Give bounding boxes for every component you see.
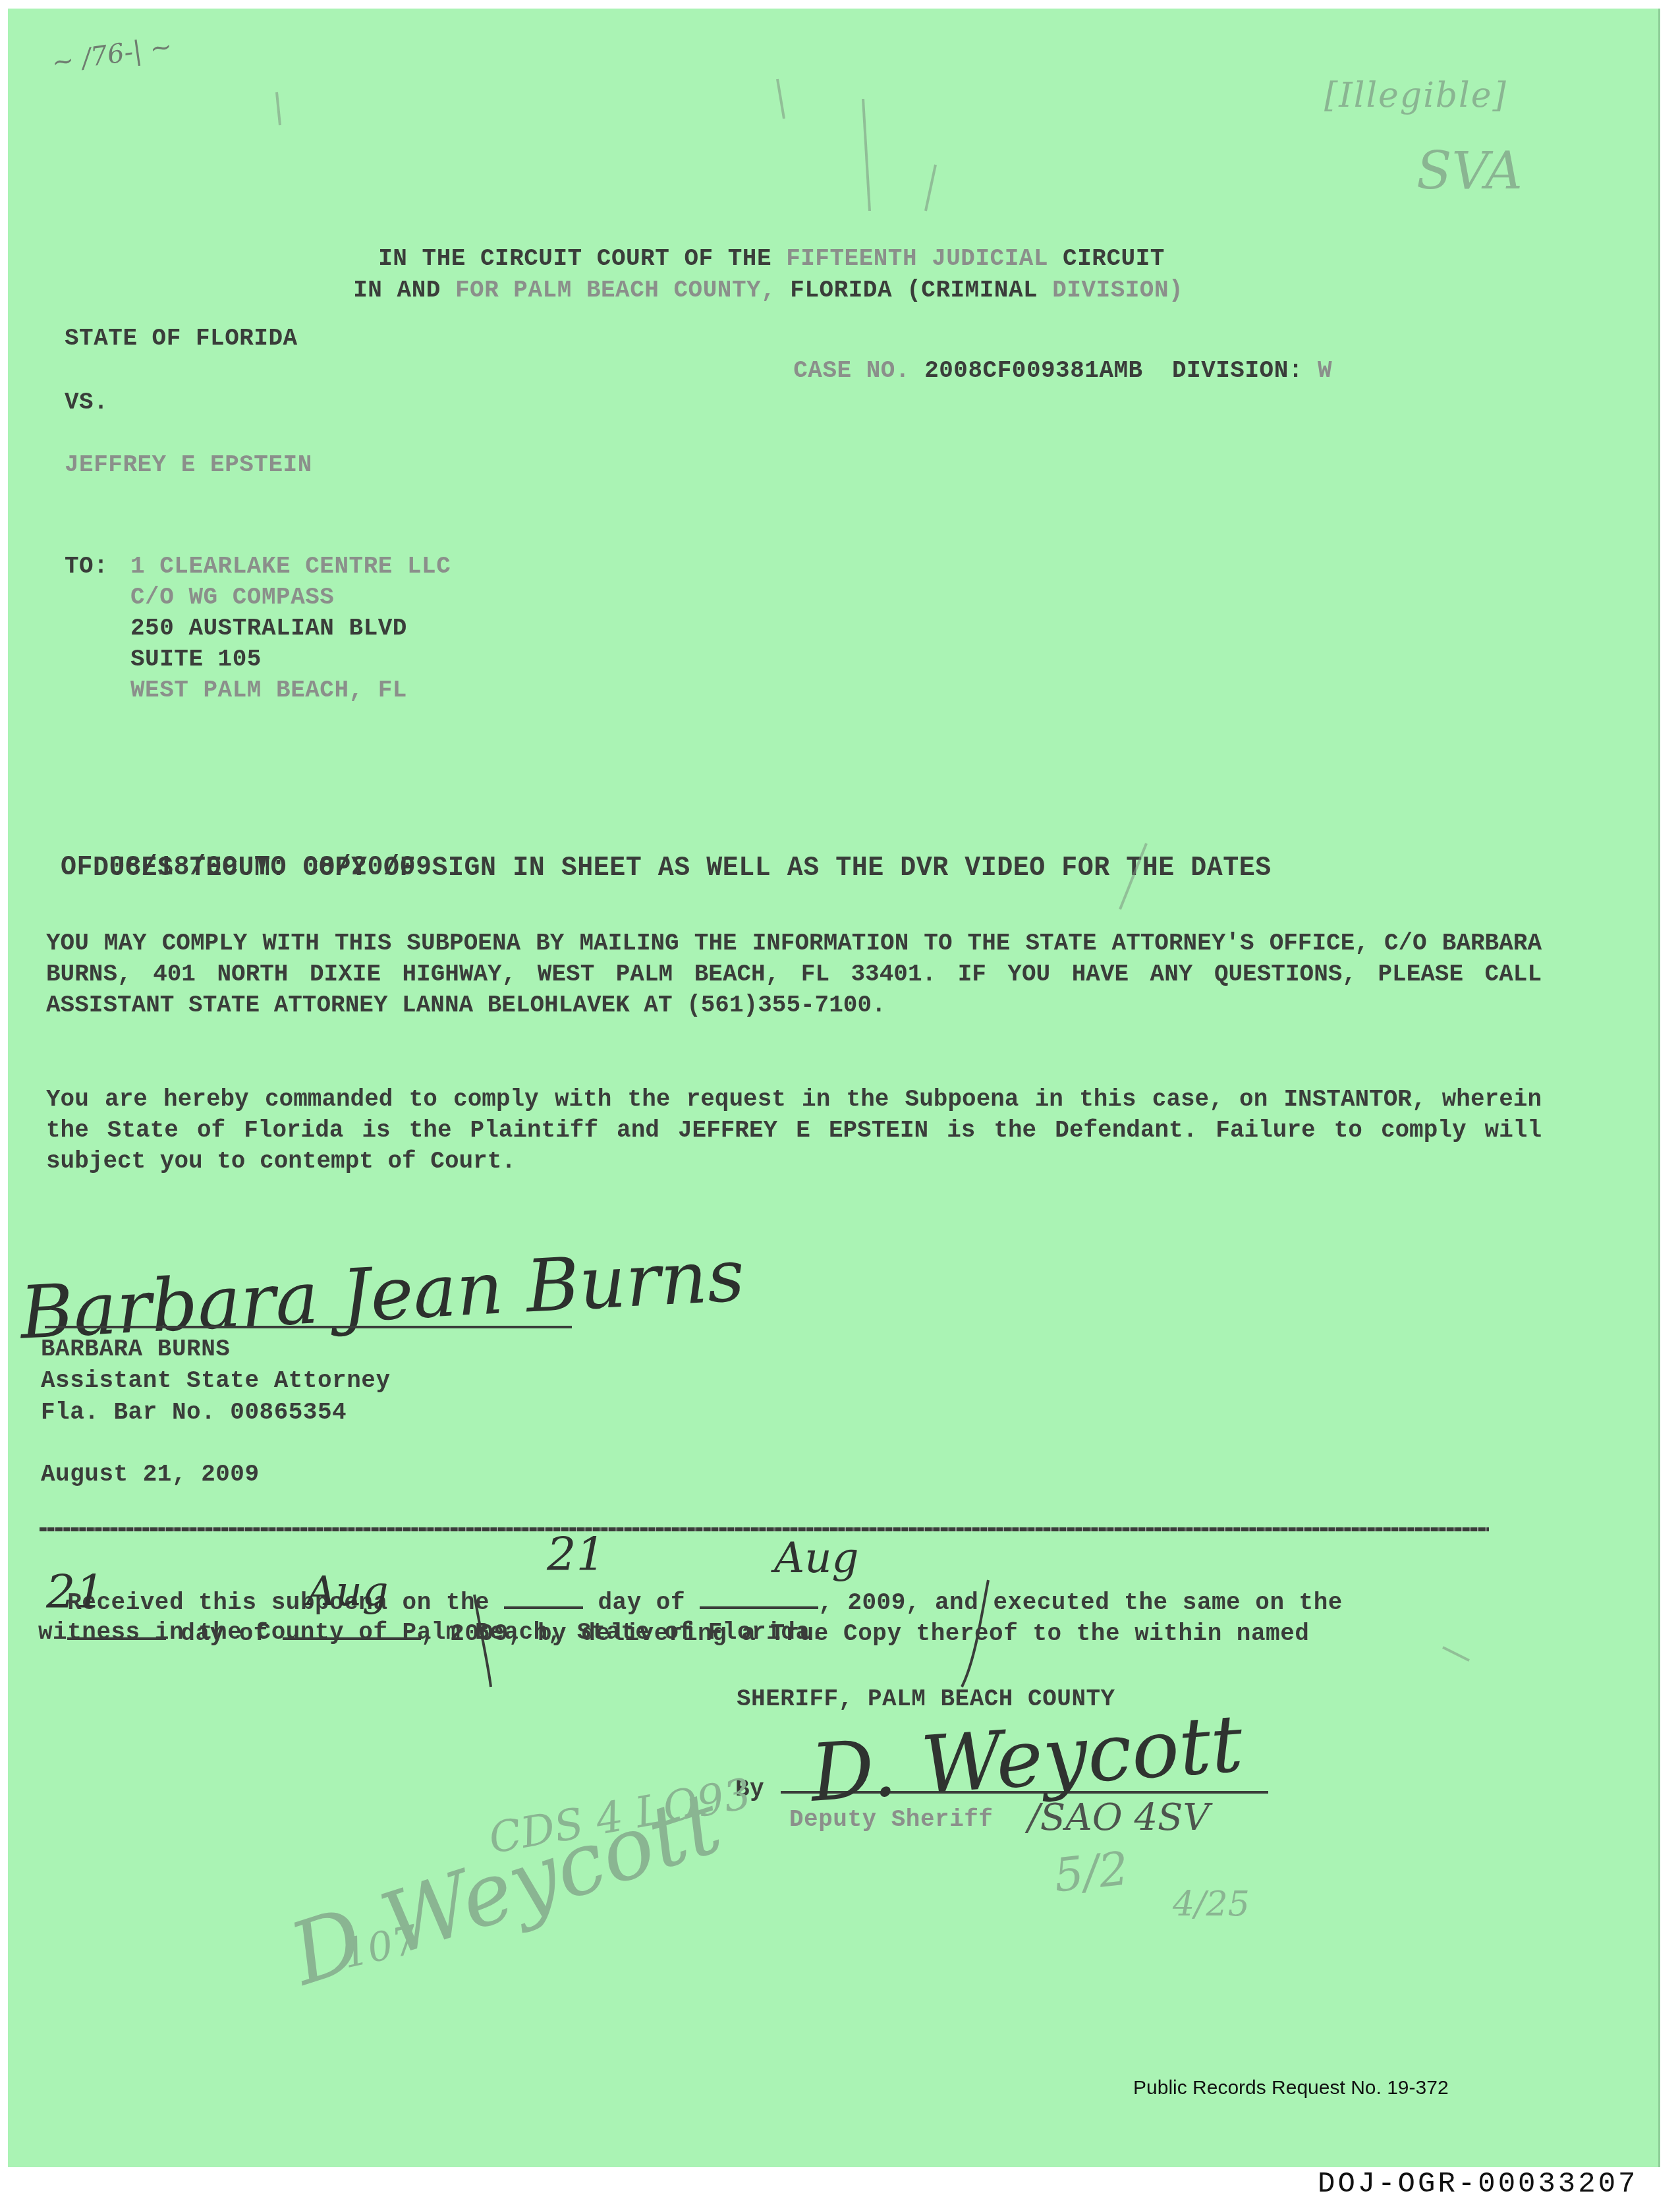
subpoena-date: August 21, 2009	[41, 1458, 260, 1490]
handwritten-date: 5/2	[1051, 1841, 1131, 1902]
attorney-bar-number: Fla. Bar No. 00865354	[41, 1396, 347, 1428]
sheriff-label: SHERIFF, PALM BEACH COUNTY	[737, 1682, 1115, 1715]
handwritten-note-top-right-initials: SVA	[1416, 142, 1523, 201]
handwritten-note-top-right: [Illegible]	[1324, 76, 1507, 115]
division-label: DIVISION:	[1172, 356, 1303, 385]
duces-tecum-line2: OF 08/18/09 TO 08/20/09	[61, 851, 432, 884]
recipient-line-1: 1 CLEARLAKE CENTRE LLC	[130, 550, 451, 582]
division-value: W	[1318, 356, 1332, 385]
recipient-line-2: C/O WG COMPASS	[130, 581, 334, 613]
deputy-title: Deputy Sheriff	[789, 1803, 993, 1835]
deputy-annotation: /SAO 4SV	[1028, 1796, 1210, 1839]
header-text-faded: DIVISION)	[1052, 276, 1183, 304]
executed-day-handwritten: 21	[46, 1565, 105, 1619]
attorney-name: BARBARA BURNS	[41, 1332, 230, 1365]
received-day-handwritten: 21	[547, 1527, 605, 1581]
defendant: JEFFREY E EPSTEIN	[65, 448, 312, 480]
recipient-line-3: 250 AUSTRALIAN BLVD	[130, 611, 407, 644]
court-header-line2: IN AND FOR PALM BEACH COUNTY, FLORIDA (C…	[324, 241, 1183, 306]
header-text-faded: FOR PALM BEACH COUNTY,	[455, 276, 775, 304]
section-divider	[40, 1527, 1489, 1531]
return-line-3: witness in the County of Palm Beach, Sta…	[38, 1616, 825, 1648]
plaintiff: STATE OF FLORIDA	[65, 322, 298, 354]
recipient-line-5: WEST PALM BEACH, FL	[130, 673, 407, 706]
versus: VS.	[65, 385, 108, 418]
handwritten-note-bottom-right: 4/25	[1173, 1885, 1250, 1924]
compliance-paragraph: YOU MAY COMPLY WITH THIS SUBPOENA BY MAI…	[46, 928, 1542, 1021]
executed-month-handwritten: Aug	[306, 1567, 388, 1615]
case-number-line: CASE NO. 2008CF009381AMB DIVISION: W	[764, 322, 1332, 387]
to-label: TO:	[65, 550, 108, 582]
case-number: 2008CF009381AMB	[924, 356, 1143, 385]
attorney-title: Assistant State Attorney	[41, 1364, 390, 1396]
attorney-signature-line	[45, 1326, 572, 1328]
duces-tecum-text: COPY OF SIGN IN SHEET AS WELL AS THE DVR…	[303, 853, 1272, 884]
header-text: FLORIDA (CRIMINAL	[790, 276, 1038, 304]
public-records-note: Public Records Request No. 19-372	[1133, 2077, 1449, 2099]
recipient-line-4: SUITE 105	[130, 642, 262, 675]
case-label: CASE NO.	[793, 356, 910, 385]
header-text: IN AND	[353, 276, 441, 304]
received-month-handwritten: Aug	[774, 1534, 858, 1583]
bates-number: DOJ-OGR-00033207	[1318, 2168, 1638, 2201]
command-paragraph: You are hereby commanded to comply with …	[46, 1084, 1542, 1177]
